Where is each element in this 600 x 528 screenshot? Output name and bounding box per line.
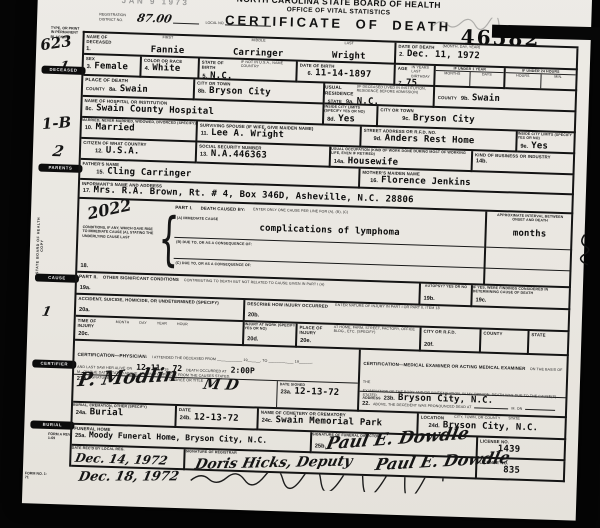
ssn-value: N.A.446363 <box>211 150 267 161</box>
license2-value: 835 <box>503 467 520 477</box>
registration-district-line <box>173 18 199 25</box>
industry-number: 14b. <box>476 159 487 165</box>
residence-city-value: Bryson City <box>413 115 475 126</box>
occupation-value: Housewife <box>348 157 399 168</box>
inside-city-residence-label: INSIDE CITY LIMITS (SPECIFY YES OR NO) <box>518 132 574 142</box>
min-label: MIN. <box>541 75 576 92</box>
tab-parents: PARENTS <box>38 164 82 174</box>
first-name-label: FIRST <box>123 34 214 41</box>
inside-city-residence-number: 9e. <box>520 143 528 149</box>
mother-name-number: 16. <box>370 178 378 184</box>
citizenship-number: 12. <box>95 149 103 155</box>
race-number: 4. <box>145 66 150 72</box>
inside-city-death-number: 8d. <box>327 116 335 122</box>
one-cause-per-line-note: ENTER ONLY ONE CAUSE PER LINE FOR (a), (… <box>253 208 348 215</box>
cemetery-value: Swain Memorial Park <box>275 416 382 428</box>
burial-value: Burial <box>90 409 124 419</box>
residence-state-label: STATE <box>328 99 342 105</box>
describe-injury-label: DESCRIBE HOW INJURY OCCURRED <box>245 300 330 309</box>
death-time-value: 2:00P <box>231 367 255 376</box>
inside-city-residence-value: Yes <box>531 142 548 152</box>
autopsy-number: 19b. <box>423 296 434 302</box>
field-age: AGEIN YEARS LAST BIRTHDAY 7.75 <box>395 65 436 87</box>
burial-number: 24a. <box>76 410 87 416</box>
received-date-stamp: JAN 9 1973 <box>122 0 190 7</box>
time-of-injury-label: TIME OF INJURY <box>77 318 105 330</box>
physician-degree-handwritten: M D <box>202 377 240 393</box>
field-burial-cremation: BURIAL, CREMATION, OTHER (SPECIFY) 24a.B… <box>72 403 177 428</box>
part-two-label: PART II. <box>79 274 98 280</box>
surviving-spouse-value: Lee A. Wright <box>211 129 284 140</box>
registrar-signature: Doris Hicks, Deputy <box>194 454 354 471</box>
conditions-note: CONDITIONS, IF ANY, WHICH GAVE RISE TO I… <box>82 225 158 241</box>
death-city-value: Bryson City <box>209 87 271 98</box>
field-inside-city-limits-residence: INSIDE CITY LIMITS (SPECIFY YES OR NO) 9… <box>517 132 576 155</box>
address-value: Bryson City, N.C. <box>398 394 494 406</box>
scan-artifact-bar <box>492 25 600 41</box>
death-city-number: 8b. <box>198 89 206 95</box>
street-address-value: Anders Rest Home <box>384 135 474 147</box>
residence-county-label: COUNTY <box>438 95 457 101</box>
death-caused-by-label: DEATH CAUSED BY: <box>201 205 246 212</box>
race-value: White <box>152 64 180 74</box>
field-autopsy-findings: IF YES, WERE FINDINGS CONSIDERED IN DETE… <box>472 285 571 310</box>
date-of-death-value: Dec. 11, 1972 <box>407 50 480 61</box>
occupation-number: 14a. <box>334 158 345 164</box>
other-conditions-label: OTHER SIGNIFICANT CONDITIONS <box>103 275 179 283</box>
certificate-form: NAME OF DECEASED FIRST Fannie MIDDLE Car… <box>69 31 578 482</box>
informant-number: 17. <box>83 188 91 194</box>
burial-date-value: 12-13-72 <box>194 414 239 424</box>
copy-designation-note: STATE BOARD OF HEALTH COPY <box>35 214 46 278</box>
findings-number: 19c. <box>475 297 486 303</box>
part-one-number: 18. <box>80 263 88 269</box>
year-label: YEAR <box>157 321 167 326</box>
field-burial-date: DATE 24b.12-13-72 <box>176 406 259 431</box>
handwritten-code: 623 <box>39 34 72 53</box>
registration-district-value: 87.00 <box>136 13 173 25</box>
me-basis-text: ON THE BASIS OF THE <box>363 367 563 384</box>
death-county-number: 8a. <box>109 86 117 92</box>
father-name-value: Cling Carringer <box>107 168 192 180</box>
day-label: DAY <box>139 321 147 326</box>
me-certification-title: CERTIFICATION—MEDICAL EXAMINER OR ACTING… <box>363 361 525 371</box>
mother-name-value: Florence Jenkins <box>381 177 471 189</box>
handwritten-ink-mark <box>574 232 591 266</box>
death-county-label: COUNTY <box>86 85 105 91</box>
middle-name-label: MIDDLE <box>213 37 304 44</box>
field-injury-state: STATE <box>529 331 570 356</box>
last-name-value: Wright <box>332 51 366 62</box>
date-of-birth-number: 6. <box>307 71 312 77</box>
interval-label: APPROXIMATE INTERVAL BETWEEN ONSET AND D… <box>487 212 573 225</box>
sex-number: 3. <box>87 64 92 70</box>
injury-county-label: COUNTY <box>481 330 527 338</box>
cemetery-number: 24c. <box>262 418 273 424</box>
injury-city-label: CITY OR R.F.D. <box>421 328 479 336</box>
handwritten-code: 1 <box>41 306 53 319</box>
describe-injury-number: 20b. <box>248 312 259 318</box>
middle-name-value: Carringer <box>233 48 284 60</box>
place-of-injury-label: PLACE OF INJURY <box>297 324 330 337</box>
field-race: COLOR OR RACE 4.White <box>141 57 200 80</box>
marital-status-number: 10. <box>85 125 93 131</box>
field-injury-at-work: INJURY AT WORK (SPECIFY YES OR NO) 20d. <box>244 322 298 348</box>
handwritten-code: 1-B <box>41 115 71 132</box>
injury-state-label: STATE <box>529 331 567 339</box>
marital-status-value: Married <box>95 124 135 134</box>
date-of-birth-value: 11-14-1897 <box>315 70 371 81</box>
date-received-value: Dec. 14, 1972 <box>74 452 169 467</box>
accident-number: 20a. <box>79 307 90 313</box>
interval-value: months <box>486 228 572 240</box>
findings-label: IF YES, WERE FINDINGS CONSIDERED IN DETE… <box>473 285 569 297</box>
scanned-page-background: JAN 9 1973 REGISTRATION DISTRICT NO. 87.… <box>0 0 600 528</box>
state-of-birth-label: STATE OF BIRTH <box>200 59 237 72</box>
form-revision-note: FORM A REV. 1-69 <box>48 432 72 442</box>
burial-date-number: 24b. <box>180 415 191 421</box>
citizenship-value: U.S.A. <box>106 147 140 157</box>
field-autopsy: AUTOPSY? YES OR NO 19b. <box>420 284 473 308</box>
inside-city-death-value: Yes <box>338 115 355 125</box>
month-label: MONTH <box>116 320 130 325</box>
field-injury-county: COUNTY <box>481 330 530 355</box>
injury-at-work-label: INJURY AT WORK (SPECIFY YES OR NO) <box>244 322 295 332</box>
father-name-number: 15. <box>96 170 104 176</box>
injury-at-work-number: 20d. <box>247 336 258 342</box>
inside-city-death-label: INSIDE CITY LIMITS (SPECIFY YES OR NO) <box>324 104 376 114</box>
form-number-note: FORM NO. 1-71 <box>25 471 49 481</box>
field-sex: SEX 3.Female <box>83 55 142 78</box>
age-sublabel: IN YEARS LAST BIRTHDAY <box>411 65 434 79</box>
immediate-cause-label: (a) IMMEDIATE CAUSE <box>177 216 218 222</box>
hospital-number: 8c. <box>85 106 93 112</box>
field-inside-city-limits-death: INSIDE CITY LIMITS (SPECIFY YES OR NO) 8… <box>324 104 379 127</box>
time-of-injury-number: 20c. <box>78 331 89 337</box>
injury-city-number: 20f. <box>424 342 434 348</box>
field-if-under-1-year: IF UNDER 1 YEAR MONTHS DAYS <box>435 66 506 89</box>
handwritten-code: 2 <box>51 144 65 159</box>
death-certificate-document: JAN 9 1973 REGISTRATION DISTRICT NO. 87.… <box>22 0 592 521</box>
street-address-number: 9d. <box>373 136 381 142</box>
date-signed-number: 23a. <box>280 390 291 396</box>
hour-label: HOUR <box>177 322 188 327</box>
address-number: 23b. <box>384 395 395 401</box>
residence-city-number: 9c. <box>402 116 410 122</box>
tab-burial: BURIAL <box>30 420 74 430</box>
tab-certifier: CERTIFIER <box>32 359 76 369</box>
tab-deceased: DECEASED <box>41 66 85 76</box>
place-of-injury-note: AT HOME, FARM, STREET, FACTORY, OFFICE B… <box>333 325 419 339</box>
surviving-spouse-number: 11. <box>200 131 208 137</box>
death-county-value: Swain <box>120 85 148 95</box>
autopsy-label: AUTOPSY? YES OR NO <box>421 284 471 290</box>
physician-signature: P. Modlin <box>76 366 179 391</box>
residence-county-number: 9b. <box>461 96 469 102</box>
sex-value: Female <box>94 63 128 73</box>
registration-district-label: REGISTRATION DISTRICT NO. <box>99 12 135 22</box>
section-medical-examiner-certification: CERTIFICATION—MEDICAL EXAMINER OR ACTING… <box>359 350 569 419</box>
date-signed-value: 12-13-72 <box>294 388 339 398</box>
first-name-value: Fannie <box>151 45 185 56</box>
due-to-b-label: (b) DUE TO, OR AS A CONSEQUENCE OF: <box>176 240 252 247</box>
days-label: DAYS <box>470 72 504 89</box>
field-injury-city: CITY OR R.F.D. 20f. <box>421 328 482 354</box>
ssn-number: 13. <box>200 152 208 158</box>
section-physician-certification: CERTIFICATION—PHYSICIAN: I ATTENDED THE … <box>73 341 361 412</box>
other-conditions-note: CONTRIBUTING TO DEATH BUT NOT RELATED TO… <box>184 278 325 287</box>
funeral-home-number: 25a. <box>75 433 86 439</box>
state-of-birth-number: 5. <box>202 73 207 79</box>
other-conditions-number: 19a. <box>80 285 91 291</box>
usual-residence-section-label: USUAL RESIDENCE <box>325 83 354 96</box>
due-to-c-label: (c) DUE TO, OR AS A CONSEQUENCE OF: <box>175 261 251 268</box>
bottom-handwritten-date: Dec. 18, 1972 <box>77 470 180 483</box>
state-of-birth-sublabel: IF NOT IN U.S.A., NAME COUNTRY <box>241 60 296 73</box>
name-field-number: 1. <box>86 46 91 52</box>
hospital-value: Swain County Hospital <box>96 105 214 118</box>
field-if-under-24-hours: IF UNDER 24 HOURS HOURS MIN. <box>505 68 578 91</box>
field-license-number-2: LICENSE NO. 835 <box>477 458 566 482</box>
place-of-injury-number: 20e. <box>300 338 311 344</box>
address-label: ADDRESS <box>362 396 380 401</box>
residence-county-value: Swain <box>472 94 500 104</box>
physician-certification-title: CERTIFICATION—PHYSICIAN: <box>78 352 148 359</box>
age-label: AGE <box>395 65 409 78</box>
last-name-label: LAST <box>304 40 395 47</box>
date-of-death-number: 2. <box>399 52 404 58</box>
